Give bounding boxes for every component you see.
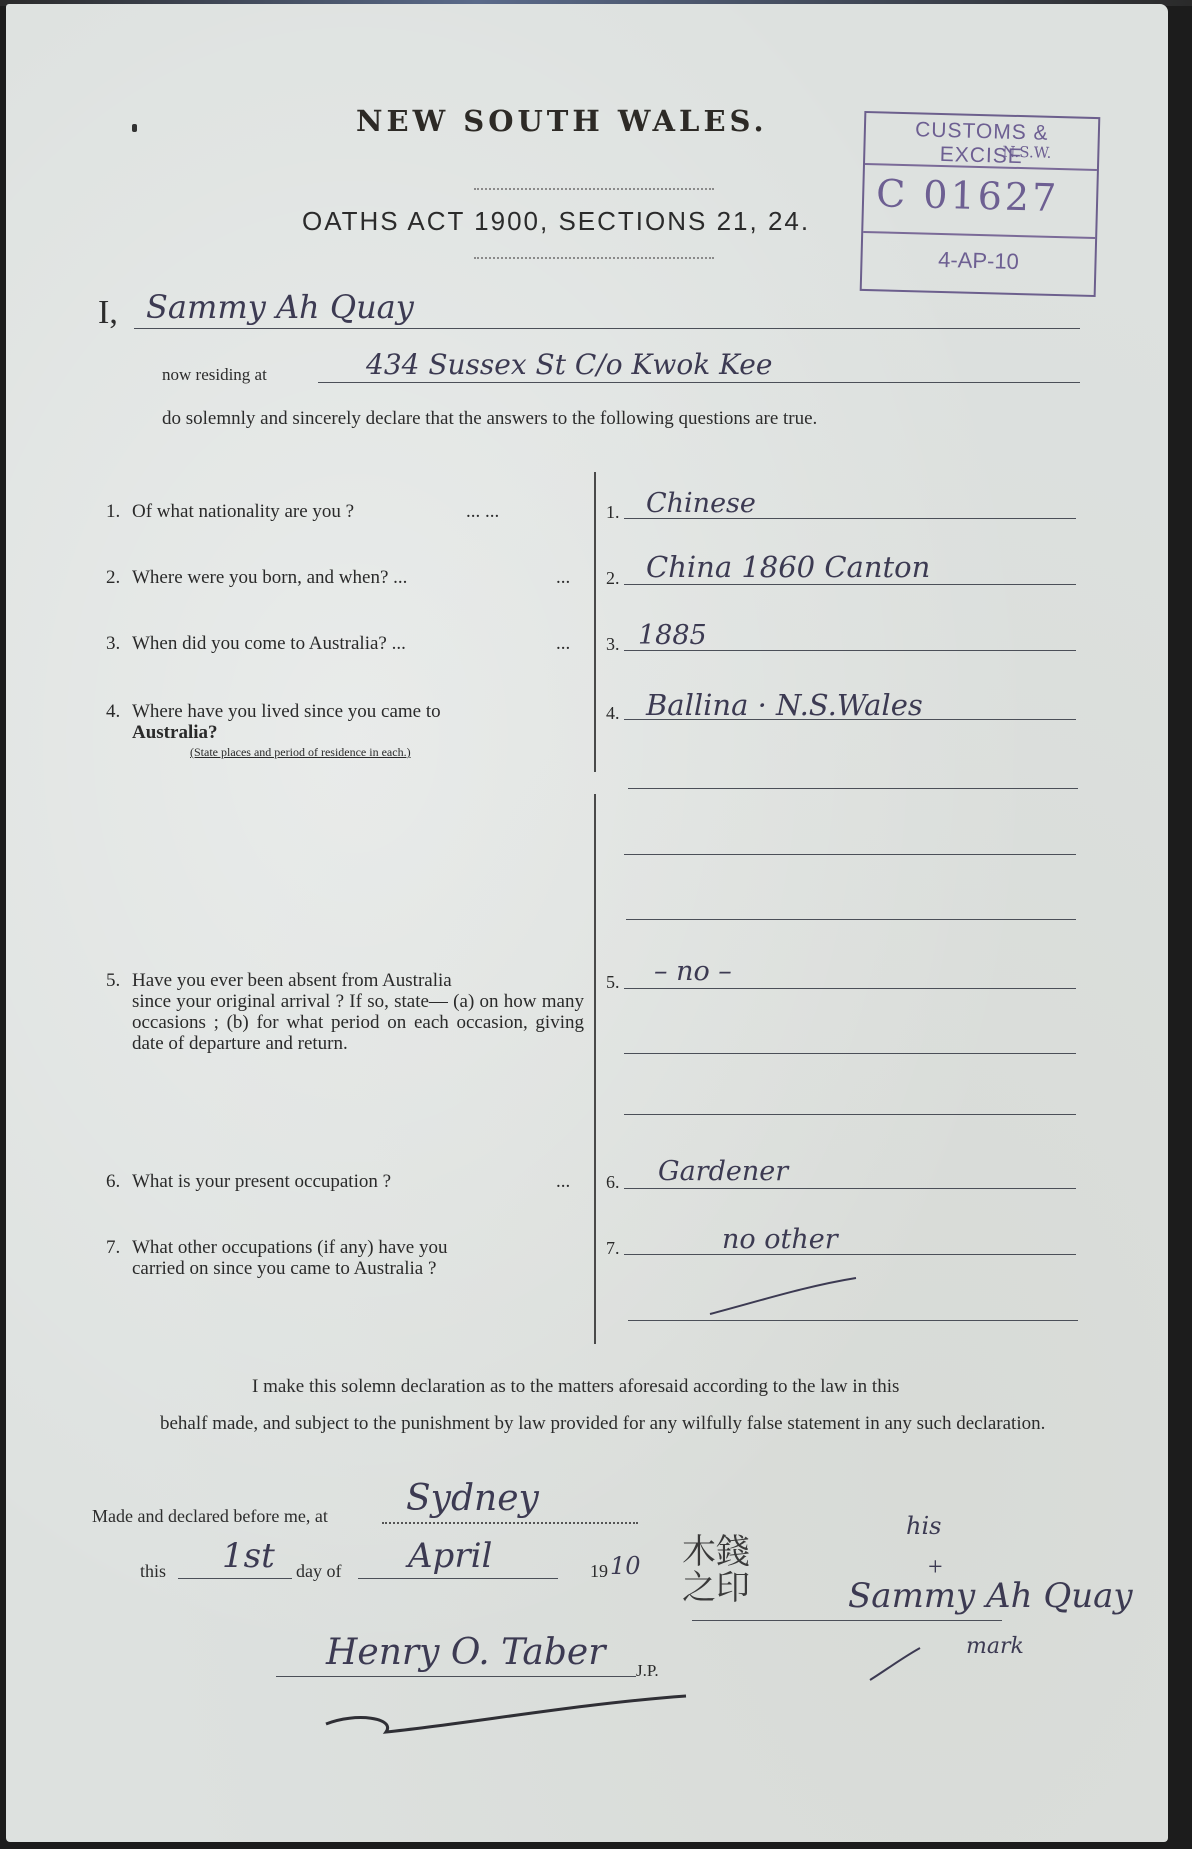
document-page: NEW SOUTH WALES. OATHS ACT 1900, SECTION… — [6, 4, 1168, 1842]
ink-mark — [132, 124, 137, 132]
answer-2[interactable]: China 1860 Canton — [646, 550, 930, 584]
stamp-number: C 01627 — [876, 171, 1060, 220]
year-suffix[interactable]: 10 — [610, 1552, 641, 1580]
answer-number: 1. — [606, 502, 620, 523]
stamp-date: 4-AP-10 — [862, 245, 1095, 277]
customs-stamp: CUSTOMS & EXCISE N.S.W. C 01627 4-AP-10 — [860, 111, 1101, 297]
declarant-residence[interactable]: 434 Sussex St C/o Kwok Kee — [366, 348, 772, 381]
question-text-continued: Australia? — [106, 722, 584, 743]
answer-7[interactable]: no other — [722, 1224, 838, 1255]
stamp-divider — [863, 231, 1095, 239]
closing-line1: I make this solemn declaration as to the… — [252, 1376, 899, 1398]
declarant-prefix: I, — [98, 294, 118, 332]
question-4: 4.Where have you lived since you came to… — [106, 701, 584, 761]
answer-1[interactable]: Chinese — [646, 488, 756, 519]
answer-number: 6. — [606, 1172, 620, 1193]
declaration-intro: do solemnly and sincerely declare that t… — [162, 408, 817, 430]
leader-dots: ... — [556, 567, 570, 588]
year-prefix: 19 — [590, 1560, 608, 1582]
question-text: Have you ever been absent from Australia — [132, 970, 452, 991]
question-text-continued: carried on since you came to Australia ? — [106, 1258, 584, 1279]
jp-signature[interactable]: Henry O. Taber — [326, 1632, 605, 1673]
answer-3[interactable]: 1885 — [638, 620, 707, 651]
made-declared-label: Made and declared before me, at — [92, 1505, 328, 1527]
flourish-stroke — [316, 1684, 696, 1744]
question-text: Of what nationality are you ? — [132, 501, 354, 522]
title-rule-top — [474, 188, 714, 190]
question-text: What is your present occupation ? — [132, 1171, 391, 1192]
place-line — [382, 1522, 638, 1524]
document-subtitle: OATHS ACT 1900, SECTIONS 21, 24. — [302, 206, 810, 237]
day-value[interactable]: 1st — [222, 1536, 275, 1576]
declarant-signature-line — [692, 1620, 1002, 1621]
month-line — [358, 1578, 558, 1579]
answer-6[interactable]: Gardener — [658, 1156, 788, 1187]
answer-number: 7. — [606, 1238, 620, 1259]
mark-label: mark — [966, 1634, 1024, 1659]
chinese-signature: 木錢 之印 — [682, 1534, 750, 1606]
place-value[interactable]: Sydney — [406, 1478, 539, 1519]
column-divider — [594, 794, 596, 1344]
title-rule-bottom — [474, 257, 714, 259]
residence-line — [318, 382, 1080, 383]
answer-line — [624, 988, 1076, 989]
answer-line-blank — [624, 854, 1076, 855]
leader-dots: ... — [556, 1171, 570, 1192]
jp-signature-line — [276, 1676, 636, 1677]
pen-stroke — [706, 1272, 866, 1322]
question-5: 5.Have you ever been absent from Austral… — [106, 970, 584, 1054]
question-6: 6.What is your present occupation ? ... — [106, 1171, 584, 1192]
jp-label: J.P. — [636, 1660, 659, 1682]
this-label: this — [140, 1560, 166, 1582]
answer-line-blank — [626, 919, 1076, 920]
document-title: NEW SOUTH WALES. — [356, 104, 768, 138]
answer-number: 5. — [606, 972, 620, 993]
answer-line-blank — [624, 1114, 1076, 1115]
pen-stroke — [866, 1644, 926, 1684]
question-2: 2.Where were you born, and when? ... ... — [106, 567, 584, 588]
answer-line — [624, 584, 1076, 585]
residing-label: now residing at — [162, 364, 267, 386]
mark-his: his — [906, 1512, 941, 1540]
leader-dots: ... ... — [466, 501, 499, 522]
answer-number: 2. — [606, 568, 620, 589]
question-text: Where were you born, and when? ... — [132, 567, 407, 588]
name-line — [134, 326, 1080, 329]
answer-line — [624, 1254, 1076, 1255]
question-text-continued: since your original arrival ? If so, sta… — [106, 991, 584, 1054]
leader-dots: ... — [556, 633, 570, 654]
answer-4[interactable]: Ballina · N.S.Wales — [646, 688, 923, 722]
declarant-signature[interactable]: Sammy Ah Quay — [848, 1576, 1133, 1616]
question-text: Where have you lived since you came to — [132, 701, 441, 722]
column-divider — [594, 472, 596, 772]
answer-number: 3. — [606, 634, 620, 655]
question-text: When did you come to Australia? ... — [132, 633, 406, 654]
answer-line-blank — [624, 1053, 1076, 1054]
day-of-label: day of — [296, 1560, 341, 1582]
answer-5[interactable]: – no – — [654, 956, 732, 987]
question-note: (State places and period of residence in… — [106, 743, 584, 761]
answer-number: 4. — [606, 703, 620, 724]
question-7: 7.What other occupations (if any) have y… — [106, 1237, 584, 1279]
month-value[interactable]: April — [408, 1536, 492, 1576]
day-line — [178, 1578, 292, 1579]
declarant-name[interactable]: Sammy Ah Quay — [146, 288, 414, 326]
answer-line-blank — [628, 1320, 1078, 1321]
answer-line-blank — [628, 788, 1078, 789]
closing-rest: behalf made, and subject to the punishme… — [160, 1408, 1092, 1440]
question-3: 3.When did you come to Australia? ... ..… — [106, 633, 584, 654]
question-1: 1.Of what nationality are you ? ... ... — [106, 501, 584, 522]
question-text: What other occupations (if any) have you — [132, 1237, 448, 1258]
answer-line — [624, 1188, 1076, 1189]
